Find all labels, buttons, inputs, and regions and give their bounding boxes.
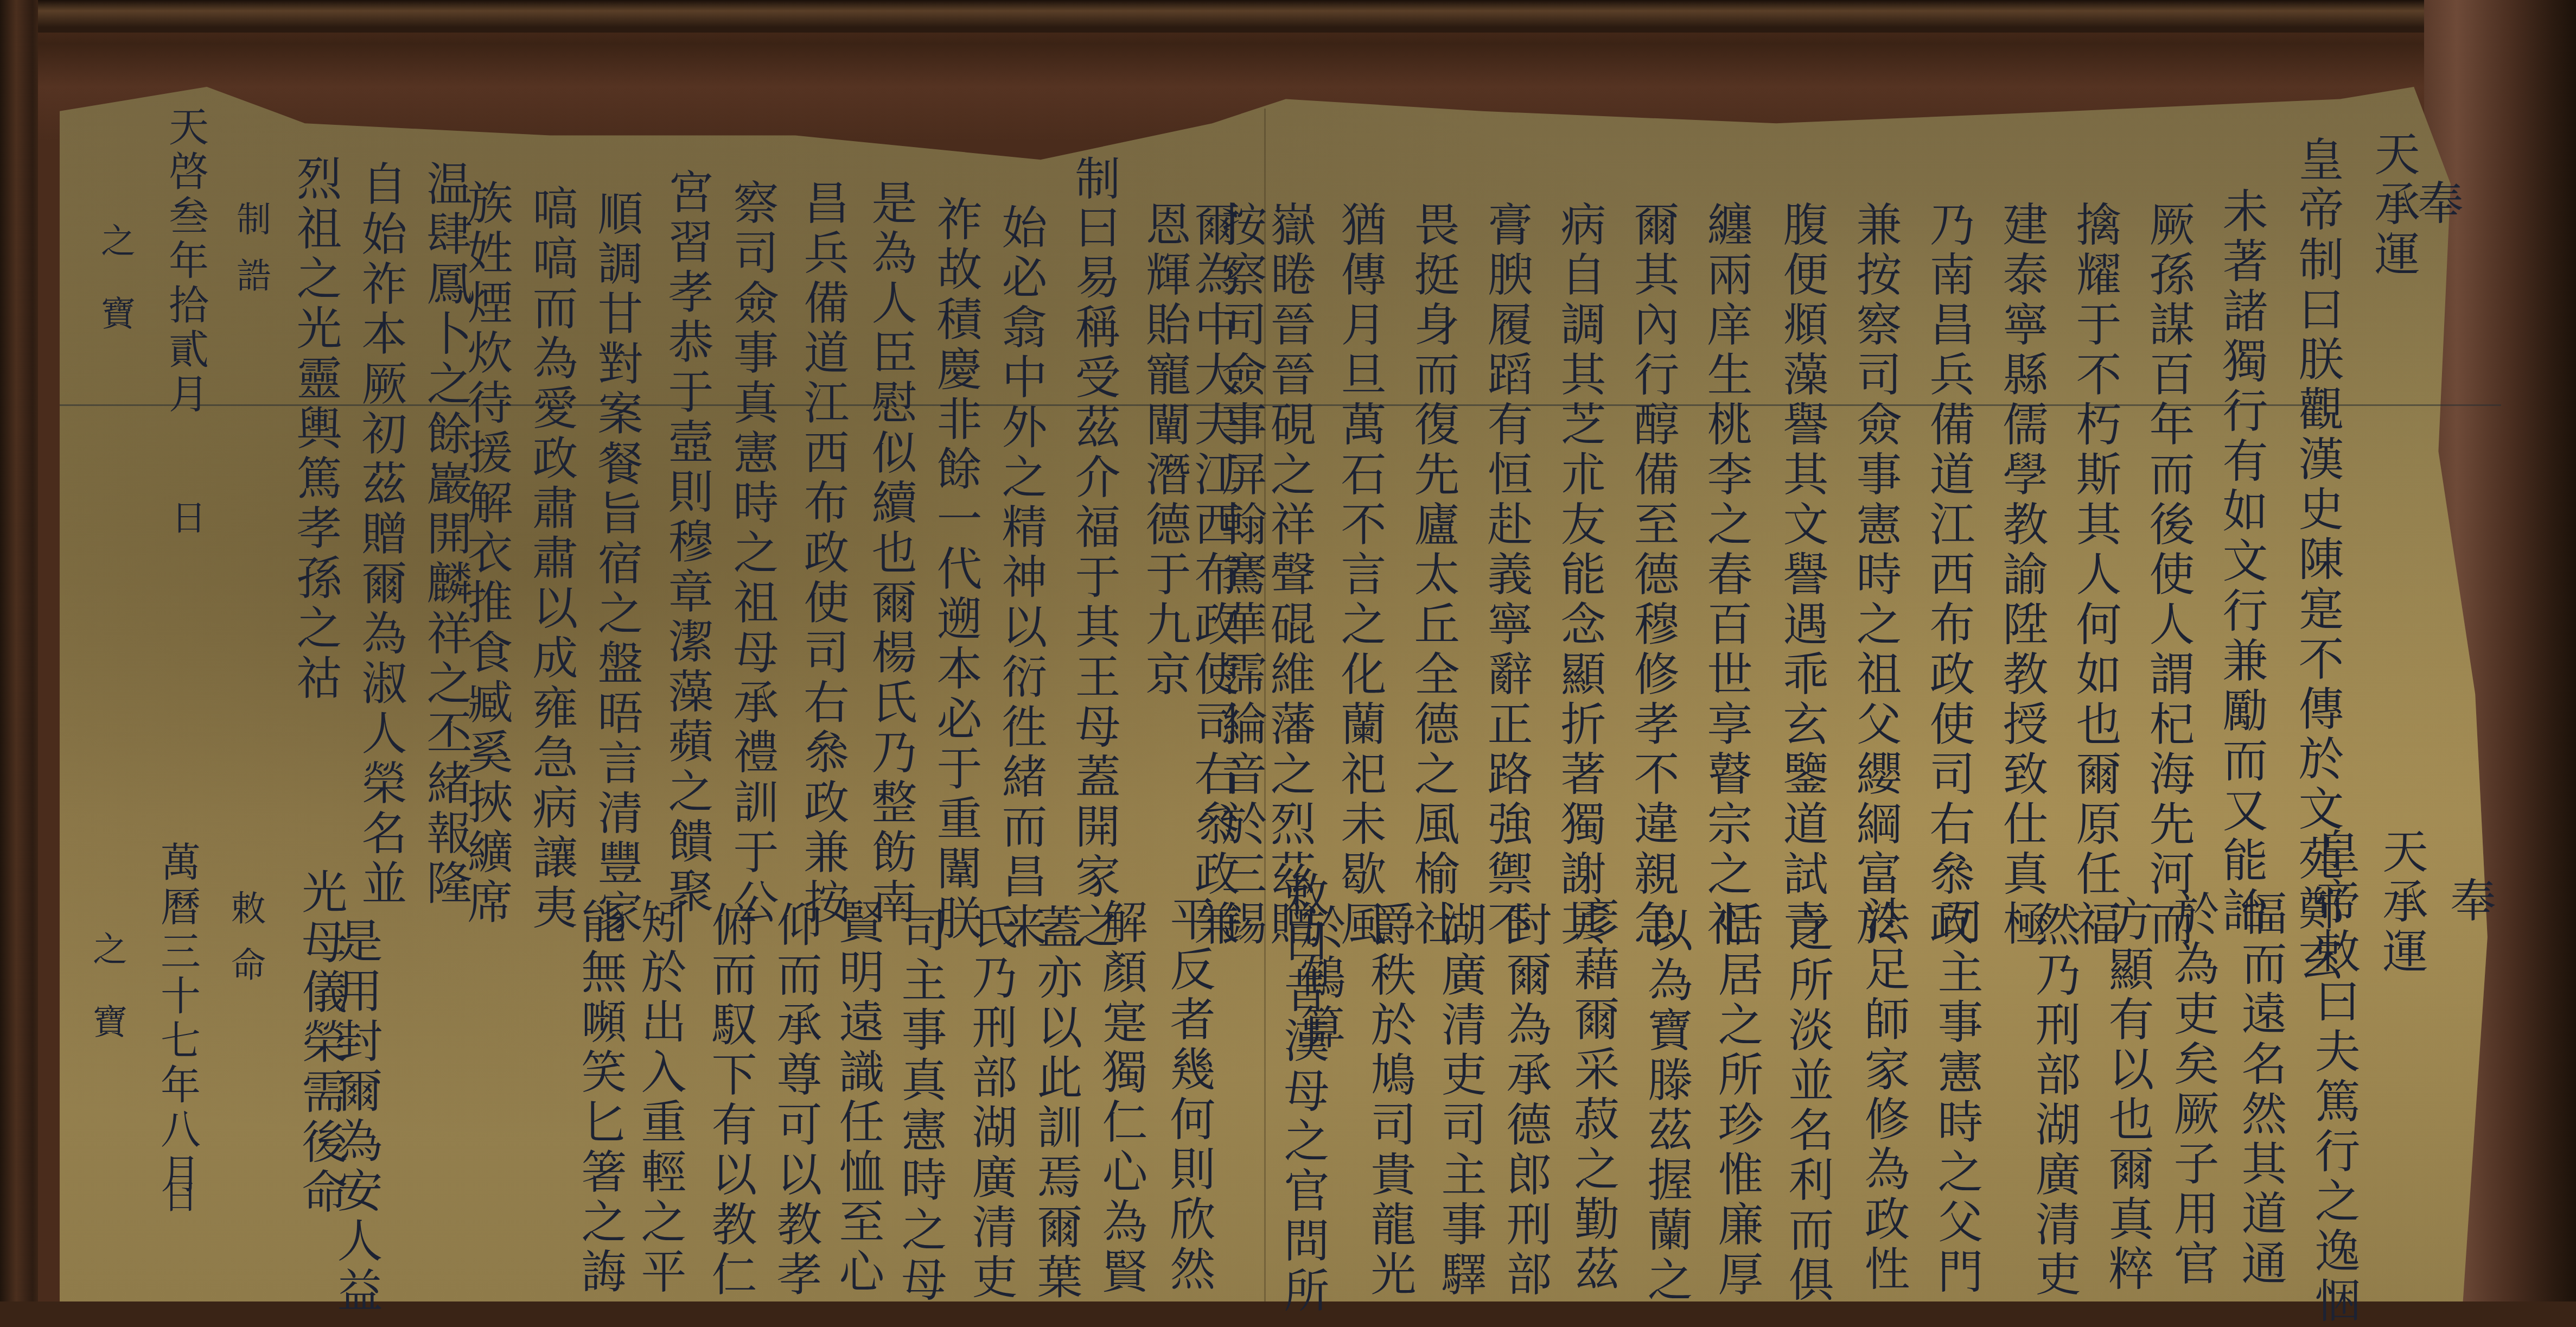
upper-day: 日 bbox=[168, 499, 203, 538]
lower-header-tianchengyun: 天承運 bbox=[2379, 828, 2425, 977]
lower-column-12: 湖廣清吏司主事驛 bbox=[1438, 901, 1483, 1300]
upper-column-30: 自始祚本厥初茲贈爾為淑人榮名並 bbox=[358, 160, 404, 909]
closing-gao: 誥 bbox=[231, 257, 271, 314]
upper-column-23: 昌兵備道江西布政使司右叅政兼按 bbox=[800, 179, 846, 928]
closing-zhi: 制 bbox=[231, 201, 271, 257]
lower-date: 萬曆三十七年八月 bbox=[157, 841, 197, 1197]
frame-top-rail bbox=[0, 0, 2576, 33]
upper-column-6: 兼按察司僉事憲時之祖父纓綱富於 bbox=[1853, 201, 1898, 950]
lower-column-19: 蓋亦以此訓焉爾葉 bbox=[1034, 904, 1079, 1301]
upper-column-7: 腹便頫藻譽其文譽遇乖玄鑒道試青 bbox=[1780, 201, 1825, 950]
upper-column-8: 纏兩庠生桃李之春百世享瞽宗之祀 bbox=[1704, 201, 1749, 950]
lower-column-15-chi: 敕 bbox=[1280, 871, 1326, 921]
lower-column-7: 之所淡並名利而俱 bbox=[1785, 906, 1831, 1301]
lower-column-25: 矧於出入重輕之平 bbox=[637, 898, 683, 1298]
lower-column-5: 司主事憲時之父門 bbox=[1934, 898, 1980, 1298]
lower-column-16: 曰昔漢母之官問所 bbox=[1280, 917, 1326, 1301]
lower-closing-chiming: 敕命 bbox=[228, 890, 263, 1003]
lower-day: 日 bbox=[160, 1178, 195, 1217]
seal-zhi: 之 bbox=[95, 223, 135, 295]
upper-column-11: 膏腴履蹈有恒赴義寧辭正路強禦不 bbox=[1484, 201, 1529, 950]
upper-column-14: 嶽睠晉晉硯之祥聲䃂維藩之烈茲贈 bbox=[1267, 201, 1312, 950]
lower-column-13: 爵秩於鳩司貴龍光 bbox=[1367, 901, 1413, 1300]
seal-bao: 寶 bbox=[95, 295, 135, 368]
lower-column-23: 仰而承尊可以教孝 bbox=[773, 901, 819, 1300]
upper-column-1: 未著諸獨行有如文行兼勵而又能詒 bbox=[2219, 187, 2265, 936]
upper-column-16: 按察司僉事屏翰騫華霈綸音於三錫 bbox=[1218, 201, 1264, 950]
seal-zhi: 之 bbox=[87, 931, 127, 1004]
upper-column-12: 畏挺身而復先廬太丘全德之風榆社 bbox=[1411, 201, 1456, 950]
upper-column-27: 嗃嗃而為愛政肅肅以成雍急病讓夷 bbox=[529, 185, 575, 934]
upper-date: 天啓叁年拾貳月 bbox=[165, 106, 206, 417]
lower-column-21: 司主事真憲時之母 bbox=[898, 906, 943, 1301]
upper-column-4: 建泰寧縣儒學教諭陞教授致仕真極 bbox=[1999, 201, 2045, 950]
upper-column-3: 擒耀于不朽斯其人何如也爾原任福 bbox=[2073, 201, 2118, 950]
upper-column-25: 宮習孝恭于壼則穆章潔藻蘋之饋聚 bbox=[665, 168, 710, 917]
lower-header-feng: 奉 bbox=[2447, 877, 2492, 926]
lower-column-20: 氏乃刑部湖廣清吏 bbox=[968, 904, 1014, 1301]
lower-column-17: 平反者幾何則欣然 bbox=[1166, 896, 1212, 1295]
upper-column-18-zhi: 制 bbox=[1072, 155, 1117, 205]
upper-column-29: 温肆鳳卜之餘巖開麟祥之丕緒報隆 bbox=[423, 160, 469, 909]
upper-closing-zhigao: 制誥 bbox=[233, 201, 268, 314]
lower-seal-text: 之寶 bbox=[90, 931, 124, 1076]
upper-column-31: 烈祖之光靈輿篤孝孫之祜 bbox=[293, 155, 339, 704]
upper-column-24: 察司僉事真憲時之祖母承禮訓于公 bbox=[730, 179, 775, 928]
upper-column-20: 始必翕中外之精神以衍徃緒而昌来 bbox=[998, 204, 1044, 953]
lower-column-1: 愊而遠名然其道通 bbox=[2238, 890, 2284, 1290]
lower-column-11: 封爾為承德郎刑部 bbox=[1503, 901, 1548, 1300]
closing-chi: 敕 bbox=[225, 890, 265, 947]
upper-column-19: 曰易稱受茲介福于其王母蓋開家之 bbox=[1072, 204, 1117, 953]
upper-column-9: 爾其內行醇備至德穆修孝不違親急 bbox=[1630, 201, 1676, 950]
upper-column-10: 病自調其芝朮友能念顯折著獨謝其 bbox=[1557, 201, 1603, 950]
lower-column-3: 方顯有以也爾真粹 bbox=[2105, 896, 2151, 1295]
upper-column-22: 是為人臣慰似續也爾楊氏乃整飭南 bbox=[868, 179, 914, 928]
lower-column-4: 然乃刑部湖廣清吏 bbox=[2032, 901, 2077, 1300]
lower-column-26: 能無嚬笑匕箸之誨 bbox=[578, 898, 623, 1298]
upper-column-17: 恩輝貽寵闡潛德于九京 bbox=[1142, 201, 1188, 700]
upper-seal-text: 之寶 bbox=[98, 223, 132, 368]
upper-column-26: 順調甘對案餐旨宿之盤晤言清豐家 bbox=[594, 190, 640, 939]
lower-column-18: 解顏寔獨仁心為賢 bbox=[1099, 898, 1144, 1298]
upper-column-21: 祚故積慶非餘一代遡本必于重闈朕 bbox=[933, 195, 979, 944]
seal-bao: 寶 bbox=[87, 1004, 127, 1076]
lower-column-9: 以為寶滕茲握蘭之 bbox=[1644, 906, 1689, 1301]
lower-column-10: 彥藉爾采菽之勤茲 bbox=[1571, 896, 1616, 1295]
frame-left-rail bbox=[0, 0, 38, 1301]
lower-column-8: 恬居之所珍惟廉厚 bbox=[1714, 901, 1760, 1300]
upper-header-tianchengyun: 天承運 bbox=[2371, 130, 2416, 280]
lower-header-emperor: 皇帝敕曰夫篤行之逸悃 bbox=[2311, 828, 2357, 1301]
lower-column-2: 於為吏矣厥子用官 bbox=[2170, 890, 2216, 1290]
closing-ming: 命 bbox=[225, 947, 265, 1003]
lower-column-6: 法足師家修為政性 bbox=[1861, 896, 1907, 1295]
lower-column-28: 光母儀榮需後命 bbox=[298, 868, 344, 1218]
upper-column-5: 乃南昌兵備道江西布政使司右叅政 bbox=[1926, 201, 1972, 950]
upper-header-feng: 奉 bbox=[2414, 179, 2460, 229]
upper-column-13: 猶傳月旦萬石不言之化蘭祀未歇風 bbox=[1337, 201, 1383, 950]
upper-column-2: 厥孫謀百年而後使人謂杞海先河而 bbox=[2146, 201, 2191, 950]
lower-column-24: 俯而馭下有以教仁 bbox=[708, 901, 754, 1300]
lower-column-22: 賢明遠識任恤至心 bbox=[836, 898, 881, 1298]
